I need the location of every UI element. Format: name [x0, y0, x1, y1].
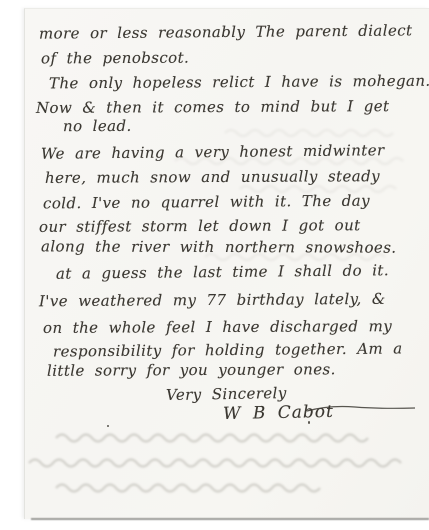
bleed-through-line — [225, 130, 393, 136]
handwritten-line: our stiffest storm let down I got out — [39, 216, 361, 236]
handwritten-line: responsibility for holding together. Am … — [53, 339, 403, 360]
handwritten-line: The only hopeless relict I have is moheg… — [49, 72, 429, 93]
handwritten-line: here, much snow and unusually steady — [45, 167, 380, 187]
handwritten-line: cold. I've no quarrel with it. The day — [43, 192, 370, 213]
handwritten-line: Now & then it comes to mind but I get — [36, 97, 389, 117]
ink-speck — [107, 425, 109, 427]
bleed-through-line — [29, 460, 401, 467]
closing-line: Very Sincerely — [166, 384, 287, 404]
bleed-through-line — [56, 435, 368, 442]
handwritten-line: little sorry for you younger ones. — [47, 360, 336, 380]
signature-flourish — [305, 401, 417, 417]
handwritten-line: more or less reasonably The parent diale… — [39, 21, 413, 42]
handwritten-line: I've weathered my 77 birthday lately, & — [39, 290, 386, 310]
handwritten-line: along the river with northern snowshoes. — [41, 237, 397, 256]
ink-speck — [308, 421, 310, 424]
scanned-letter: more or less reasonably The parent diale… — [0, 0, 429, 530]
letter-page: more or less reasonably The parent diale… — [24, 8, 429, 519]
handwritten-line: no lead. — [63, 117, 132, 135]
handwritten-line: at a guess the last time I shall do it. — [56, 261, 389, 282]
bleed-through-line — [56, 485, 320, 492]
handwritten-line: We are having a very honest midwinter — [41, 141, 385, 163]
handwritten-line: of the penobscot. — [41, 49, 189, 68]
handwritten-line: on the whole feel I have discharged my — [43, 317, 392, 337]
